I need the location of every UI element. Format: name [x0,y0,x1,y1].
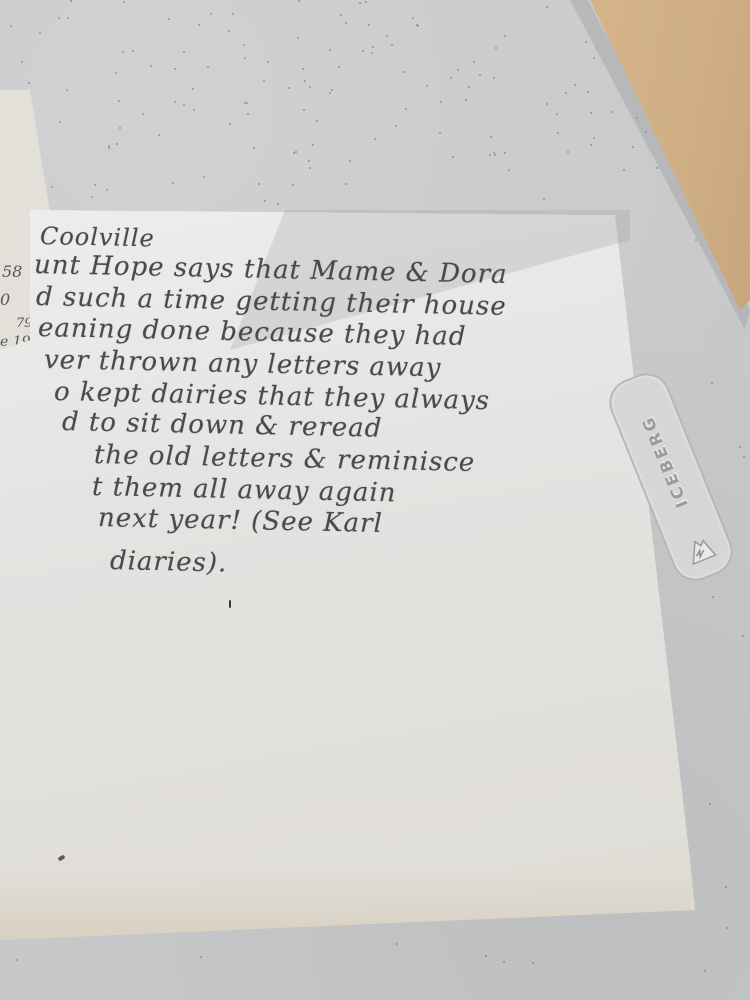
speck [590,144,592,146]
speck [228,30,230,32]
speck [277,203,279,205]
speck [292,184,294,186]
speck [623,169,625,171]
speck [359,2,361,4]
speck [532,962,534,964]
speck [247,113,249,115]
speck [203,176,205,178]
speck [493,77,495,79]
speck [67,17,69,19]
speck [368,24,370,26]
speck [543,198,545,200]
speck [439,132,441,134]
speck [493,152,495,154]
speck [312,144,314,146]
speck [374,138,376,140]
speck [712,596,714,598]
speck [142,113,144,115]
speck [174,101,176,103]
speck [338,66,340,68]
speck [362,50,364,52]
speck [587,91,589,93]
speck [349,160,351,162]
speck [490,136,492,138]
speck [503,961,505,963]
speck [297,37,299,39]
speck [457,69,459,71]
speck [229,123,231,125]
speck [58,17,60,19]
speck [116,143,118,145]
speck [302,68,304,70]
speck [263,80,265,82]
speck [59,121,61,123]
speck [452,156,454,158]
speck [371,52,373,54]
speck [21,61,23,63]
note-line: diaries). [110,546,228,578]
speck [150,65,152,67]
speck [739,446,741,448]
note-line: next year! (See Karl [98,503,383,539]
speck [508,169,510,171]
speck [158,134,160,136]
left-fragment: 58 [2,262,22,281]
speck [695,239,697,241]
speck [28,82,30,84]
speck [656,167,658,169]
speck [243,44,245,46]
speck [504,152,506,154]
speck [193,109,195,111]
speck [611,111,613,113]
iceberg-mountain-icon [682,532,718,567]
speck [440,101,442,103]
speck [403,71,405,73]
pencil-mark [229,600,231,608]
left-fragment: 0 [0,290,10,309]
speck [66,89,68,91]
speck [70,0,72,2]
speck [207,66,209,68]
iceberg-tag-label: ICEBERG [637,412,691,510]
speck [593,57,595,59]
speck [504,35,506,37]
speck [210,13,212,15]
speck [183,104,185,106]
speck [94,184,96,186]
speck [183,51,185,53]
speck [593,137,595,139]
speck [412,17,414,19]
speck [303,109,305,111]
speck [304,80,306,82]
speck [267,61,269,63]
speck [340,14,342,16]
speck [108,147,110,149]
note-heading: Coolville [40,222,155,252]
speck [91,196,93,198]
speck [345,183,347,185]
